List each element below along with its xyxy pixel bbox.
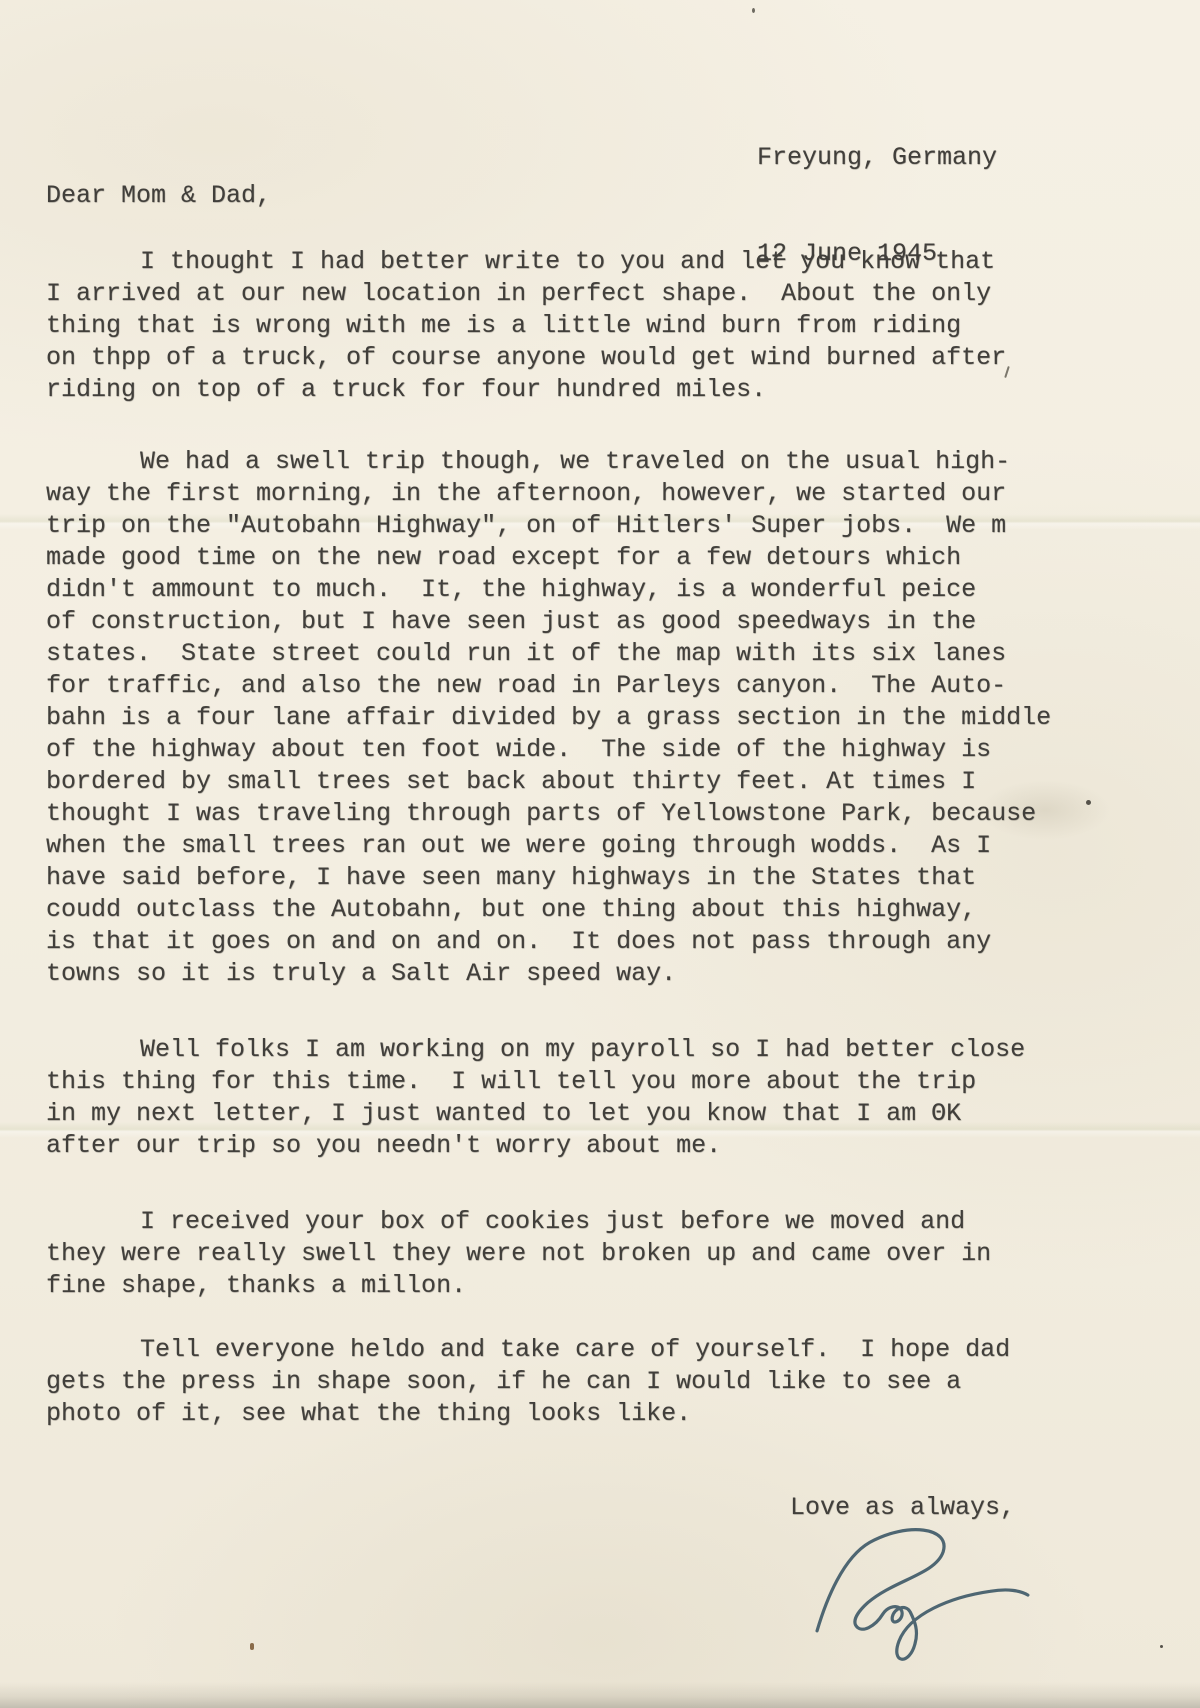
paper-speck — [1086, 800, 1091, 805]
salutation: Dear Mom & Dad, — [46, 180, 271, 212]
paragraph-5: Tell everyone heldo and take care of you… — [46, 1334, 1010, 1430]
paragraph-2: We had a swell trip though, we traveled … — [46, 446, 1051, 990]
paragraph-3: Well folks I am working on my payroll so… — [46, 1034, 1025, 1162]
paper-speck — [250, 1643, 254, 1650]
paper-speck — [752, 8, 755, 13]
paragraph-4: I received your box of cookies just befo… — [46, 1206, 991, 1302]
handwritten-signature-roy-icon — [780, 1516, 1080, 1676]
paragraph-1: I thought I had better write to you and … — [46, 246, 1006, 406]
dateline-location: Freyung, Germany — [757, 142, 997, 174]
letter-page: Freyung, Germany 12 June 1945 Dear Mom &… — [0, 0, 1200, 1708]
paper-speck — [1160, 1645, 1163, 1648]
signature: Roy — [780, 1516, 1080, 1676]
